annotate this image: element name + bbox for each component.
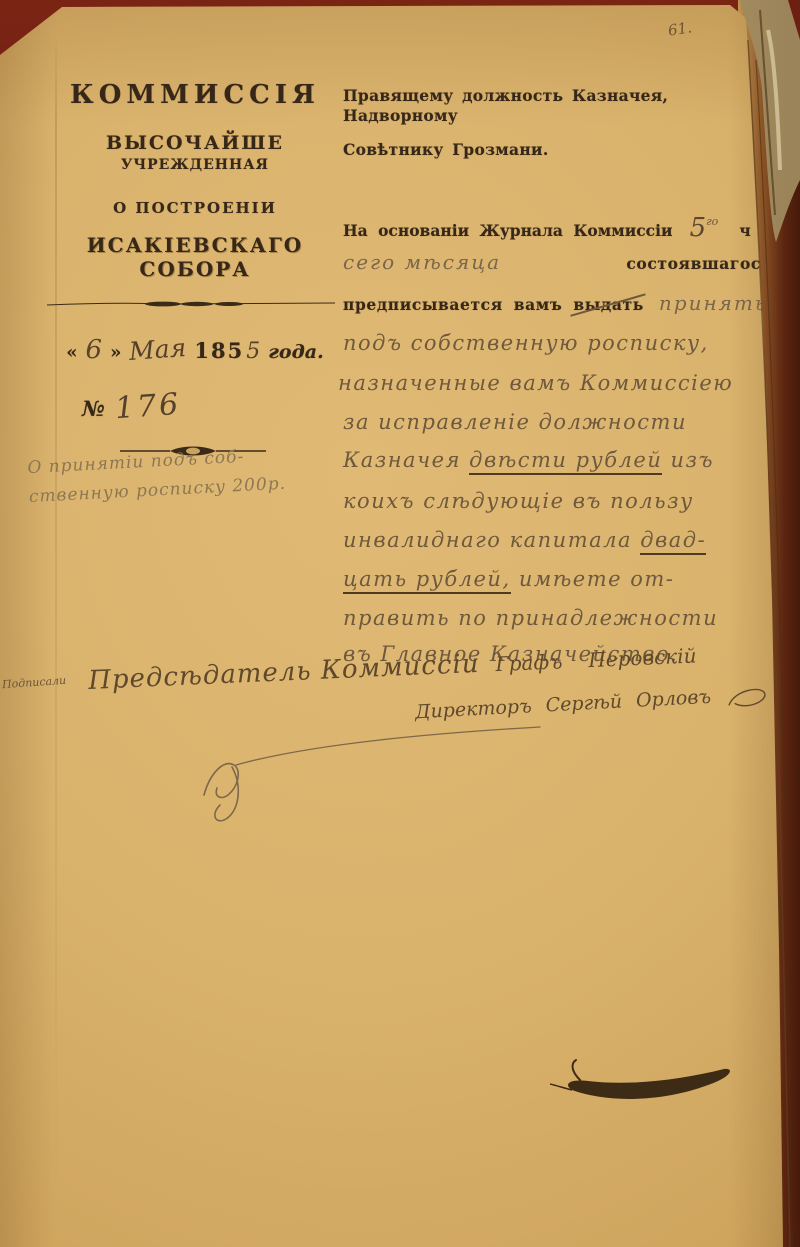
- taped-corner: [728, 0, 800, 250]
- body-line9-pre: инвалиднаго капитала: [343, 528, 640, 552]
- body-line10-post: имѣете от-: [511, 567, 675, 591]
- letterhead-commission-title: КОММИССІЯ: [30, 80, 360, 110]
- signature-line-2: Директоръ Сергѣй Орловъ: [415, 683, 772, 730]
- body-line2-written: сего мѣсяца: [343, 250, 501, 274]
- chairman-name-count: Графъ: [495, 649, 563, 676]
- body-line1-printed: На основаніи Журнала Коммиссіи: [343, 221, 672, 240]
- body-line-6: за исправленіе должности: [343, 410, 779, 434]
- director-name-surname: Орловъ: [635, 686, 711, 712]
- folio-number: 61.: [667, 18, 693, 40]
- body-line-7: Казначея двѣсти рублей изъ: [343, 448, 779, 472]
- ink-flourish-icon: [550, 1048, 760, 1118]
- body-line-11: править по принадлежности: [343, 606, 779, 630]
- director-name-first: Сергѣй: [545, 690, 623, 716]
- quote-open: «: [66, 342, 77, 363]
- amount-20-rubles-part1: двад-: [640, 528, 706, 555]
- body-line2-printed: состоявшагося,: [626, 254, 779, 273]
- year-suffix: года.: [268, 341, 324, 363]
- body-line-9: инвалиднаго капитала двад-: [343, 528, 779, 552]
- letterhead-construction-line: О ПОСТРОЕНІИ: [30, 199, 360, 217]
- body-line7-post: изъ: [662, 448, 714, 472]
- signature-flourish-icon: [724, 683, 771, 713]
- paraph-mark-icon: [180, 725, 560, 830]
- letterhead-cathedral-name: ИСАКІЕВСКАГО СОБОРА: [30, 233, 360, 281]
- recipient-line-2: Совѣтнику Грозмани.: [343, 140, 747, 160]
- body-line3-struck-word: выдать: [573, 295, 643, 314]
- amount-20-rubles-part2: цать рублей,: [343, 567, 511, 594]
- ornament-divider-icon: [45, 297, 345, 311]
- number-value: 176: [114, 387, 183, 427]
- year-printed: 185: [194, 338, 244, 363]
- body-line1-day: 5: [690, 213, 707, 243]
- body-line1-superscript: го: [706, 215, 718, 228]
- recipient-line-1: Правящему должность Казначея, Надворному: [343, 86, 747, 126]
- month-value: Мая: [128, 333, 187, 366]
- quote-close: »: [110, 342, 121, 363]
- letterhead-established: УЧРЕЖДЕННАЯ: [121, 157, 269, 173]
- chairman-name-surname: Перовскій: [588, 643, 697, 672]
- document-number-line: № 176: [30, 389, 360, 424]
- year-written-digit: 5: [246, 339, 260, 364]
- date-line: « 6 » Мая 185 5 года.: [30, 335, 360, 365]
- body-line3-printed: предписывается вамъ: [343, 295, 562, 314]
- amount-200-rubles: двѣсти рублей: [469, 448, 662, 475]
- page-fold-line: [55, 28, 57, 1247]
- body-line3-written: принять: [659, 291, 768, 315]
- body-line-4: подъ собственную росписку,: [343, 331, 779, 355]
- body-line-10: цать рублей, имѣете от-: [343, 567, 779, 591]
- document-page: 61. 7 КОММИССІЯ ВЫСОЧАЙШЕ УЧРЕЖДЕННАЯ О …: [0, 0, 800, 1247]
- letterhead-highest: ВЫСОЧАЙШЕ: [106, 132, 284, 154]
- commission-letterhead: КОММИССІЯ ВЫСОЧАЙШЕ УЧРЕЖДЕННАЯ О ПОСТРО…: [30, 80, 360, 460]
- body-line-8: коихъ слѣдующіе въ пользу: [343, 489, 779, 513]
- number-sign: №: [82, 396, 105, 421]
- body-line-5: назначенные вамъ Коммиссіею: [338, 371, 774, 395]
- recipient-block: Правящему должность Казначея, Надворному…: [343, 86, 747, 160]
- body-line7-pre: Казначея: [343, 448, 469, 472]
- day-value: 6: [86, 335, 103, 365]
- body-line-1: На основаніи Журнала Коммиссіи 5го ч: [343, 213, 779, 243]
- body-line-3: предписывается вамъ выдать принять: [343, 291, 779, 315]
- scanned-document-photo: 61. 7 КОММИССІЯ ВЫСОЧАЙШЕ УЧРЕЖДЕННАЯ О …: [0, 0, 800, 1247]
- letterhead-established-line: ВЫСОЧАЙШЕ УЧРЕЖДЕННАЯ: [30, 132, 360, 173]
- body-line-2: сего мѣсяца состоявшагося,: [343, 250, 779, 274]
- chairman-title: Предсѣдатель Коммиссіи: [88, 649, 480, 696]
- director-title: Директоръ: [415, 695, 533, 723]
